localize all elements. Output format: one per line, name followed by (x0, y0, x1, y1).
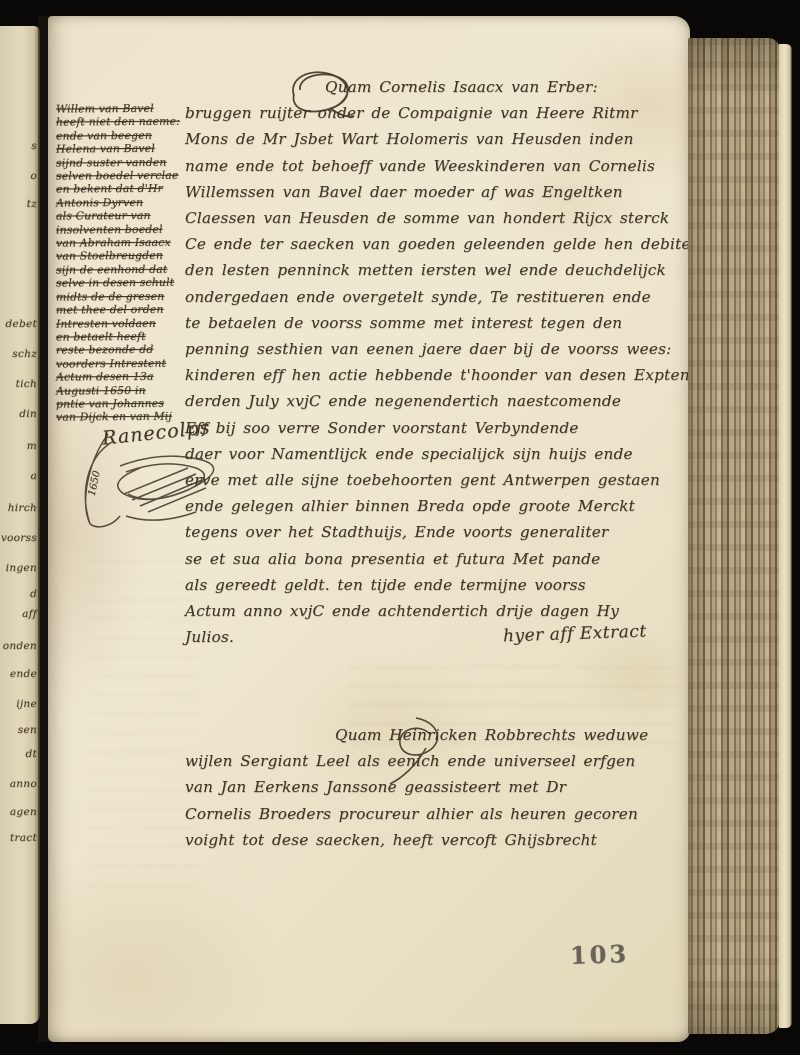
gutter-text-fragment: voorss (1, 532, 37, 544)
text-line: den lesten penninck metten iersten wel e… (185, 257, 690, 283)
gutter-text-fragment: ingen (6, 562, 37, 574)
text-line: daer voor Namentlijck ende specialijck s… (185, 441, 690, 467)
gutter-text-fragment: m (27, 440, 37, 452)
margin-note-line: ende van beegen (56, 128, 196, 142)
text-line: voight tot dese saecken, heeft vercoft G… (185, 827, 690, 853)
text-line: Quam Heinricken Robbrechts weduwe (185, 722, 690, 748)
margin-note-line: Helena van Bavel (56, 142, 196, 156)
margin-note-line: midts de de gresen (56, 289, 196, 303)
gutter-text-fragment: debet (5, 318, 37, 330)
outer-page-sliver (779, 44, 792, 1028)
text-line: als gereedt geldt. ten tijde ende termij… (185, 572, 690, 598)
margin-note-line: en bekent dat d'Hr (56, 182, 196, 196)
margin-note-line: Actum desen 13a (56, 370, 196, 384)
text-line: derden July xvjC ende negenendertich nae… (185, 388, 690, 414)
text-line: Actum anno xvjC ende achtendertich drije… (185, 598, 690, 624)
text-line: Quam Cornelis Isaacx van Erber: (185, 74, 690, 100)
gutter-text-fragment: tract (10, 832, 37, 844)
gutter-text-fragment: tich (16, 378, 37, 390)
text-line: penning sesthien van eenen jaere daer bi… (185, 336, 690, 362)
text-line: te betaelen de voorss somme met interest… (185, 310, 690, 336)
text-line: bruggen ruijter onder de Compaignie van … (185, 100, 690, 126)
margin-note-line: sijnd suster vanden (56, 155, 196, 169)
margin-note-line: als Curateur van (56, 209, 196, 223)
text-line: erve met alle sijne toebehoorten gent An… (185, 467, 690, 493)
text-line: ende gelegen alhier binnen Breda opde gr… (185, 493, 690, 519)
margin-note-line: sijn de eenhond dat (56, 262, 196, 276)
gutter-text-fragment: s (31, 140, 37, 152)
text-line: Willemssen van Bavel daer moeder af was … (185, 179, 690, 205)
margin-note-line: van Stoelbreugden (56, 249, 196, 263)
text-line: ondergedaen ende overgetelt synde, Te re… (185, 284, 690, 310)
gutter-text-fragment: sen (18, 724, 37, 736)
margin-note-line: reste bezonde dd (56, 343, 196, 357)
gutter-text-fragment: anno (10, 778, 37, 790)
signature-paraph-icon (68, 428, 258, 533)
text-line: se et sua alia bona presentia et futura … (185, 546, 690, 572)
text-line: Mons de Mr Jsbet Wart Holomeris van Heus… (185, 126, 690, 152)
text-line: tegens over het Stadthuijs, Ende voorts … (185, 519, 690, 545)
margin-note-line: en betaelt heeft (56, 329, 196, 343)
text-line: wijlen Sergiant Leel als eenich ende uni… (185, 748, 690, 774)
text-line: Claessen van Heusden de somme van honder… (185, 205, 690, 231)
gutter-text-fragment: ijne (16, 698, 37, 710)
gutter-text-fragment: din (19, 408, 37, 420)
show-through-texture (88, 556, 198, 886)
text-line: Cornelis Broeders procureur alhier als h… (185, 801, 690, 827)
text-line: name ende tot behoeff vande Weeskinderen… (185, 153, 690, 179)
margin-note-line: insolventen boedel (56, 222, 196, 236)
gutter-text-fragment: a (30, 470, 37, 482)
gutter-text-fragment: d (30, 588, 37, 600)
margin-note-line: voorders Intrestent (56, 356, 196, 370)
margin-note-line: heeft niet den naeme: (56, 115, 196, 129)
entry-2-text: Quam Heinricken Robbrechts weduwewijlen … (185, 722, 690, 853)
gutter-text-fragment: onden (3, 640, 37, 652)
text-line: van Jan Eerkens Janssone geassisteert me… (185, 774, 690, 800)
margin-annotation: Willem van Bavelheeft niet den naeme:end… (56, 102, 196, 424)
gutter-text-fragment: tz (27, 198, 37, 210)
manuscript-photo: sotzdebetschztichdinmahirchvoorssingenda… (0, 0, 800, 1055)
text-line: Eff bij soo verre Sonder voorstant Verby… (185, 415, 690, 441)
margin-note-line: met thee del orden (56, 303, 196, 317)
gutter-text-fragment: hirch (8, 502, 37, 514)
notary-signature: Ranecolps 1650 (68, 420, 258, 535)
margin-note-line: selve in desen schult (56, 276, 196, 290)
entry-1-text: Quam Cornelis Isaacx van Erber:bruggen r… (185, 74, 690, 650)
gutter-text-fragment: dt (25, 748, 37, 760)
facing-page-edge: sotzdebetschztichdinmahirchvoorssingenda… (0, 26, 40, 1024)
gutter-text-fragment: ende (10, 668, 37, 680)
text-line: Ce ende ter saecken van goeden geleenden… (185, 231, 690, 257)
manuscript-page: Willem van Bavelheeft niet den naeme:end… (48, 16, 690, 1042)
gutter-text-fragment: o (30, 170, 37, 182)
gutter-text-fragment: aff (22, 608, 37, 620)
gutter-text-fragment: agen (10, 806, 37, 818)
gutter-text-fragment: schz (12, 348, 37, 360)
margin-note-line: Intresten voldaen (56, 316, 196, 330)
text-line: kinderen eff hen actie hebbende t'hoonde… (185, 362, 690, 388)
folio-number-stamp: 103 (570, 939, 630, 970)
margin-note-line: Antonis Dyrven (56, 195, 196, 209)
margin-note-line: Augusti 1650 in (56, 383, 196, 397)
book-fore-edge (688, 38, 780, 1034)
